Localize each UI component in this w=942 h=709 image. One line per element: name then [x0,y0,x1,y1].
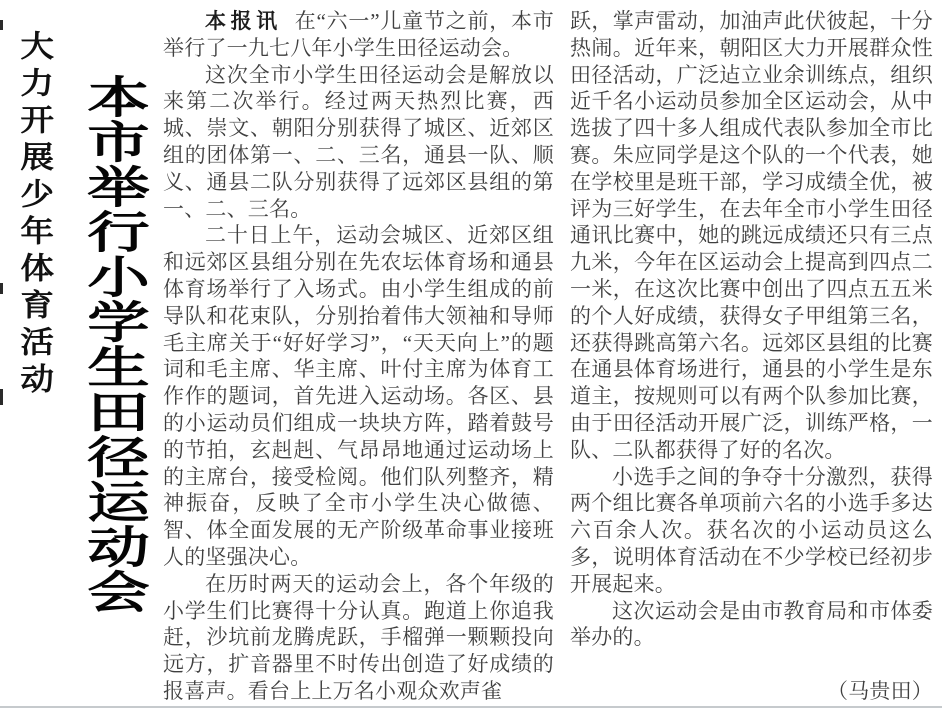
paragraph-lead: 本报讯在“六一”儿童节之前，本市举行了一九七八年小学生田径运动会。 [163,8,554,62]
byline: （马贵田） [570,678,933,705]
paragraph: 这次全市小学生田径运动会是解放以来第二次举行。经过两天热烈比赛，西城、崇文、朝阳… [163,62,554,223]
article-column-right: 跃，掌声雷动，加油声此伏彼起，十分热闹。近年来，朝阳区大力开展群众性田径活动，广… [570,8,933,709]
scan-artifact [0,389,3,405]
paragraph: 小选手之间的争夺十分激烈，获得两个组比赛各单项前六名的小选手多达六百余人次。获名… [570,464,933,598]
paragraph: 二十日上午，运动会城区、近郊区组和远郊区县组分别在先农坛体育场和通县体育场举行了… [163,222,554,570]
scan-artifact [0,20,3,30]
kicker-vertical-headline: 大力开展少年体育活动 [8,30,57,430]
scan-artifact [0,283,3,294]
paragraph-continuation: 跃，掌声雷动，加油声此伏彼起，十分热闹。近年来，朝阳区大力开展群众性田径活动，广… [570,8,933,464]
paragraph: 这次运动会是由市教育局和市体委举办的。 [570,598,933,652]
bottom-rule [0,706,942,708]
newspaper-article-page: 大力开展少年体育活动 本市举行小学生田径运动会 本报讯在“六一”儿童节之前，本市… [0,0,942,709]
paragraph: 在历时两天的运动会上，各个年级的小学生们比赛得十分认真。跑道上你追我赶，沙坑前龙… [163,571,554,705]
article-column-middle: 本报讯在“六一”儿童节之前，本市举行了一九七八年小学生田径运动会。 这次全市小学… [163,8,554,709]
lead-in-label: 本报讯 [205,9,282,33]
main-vertical-headline: 本市举行小学生田径运动会 [66,74,157,634]
